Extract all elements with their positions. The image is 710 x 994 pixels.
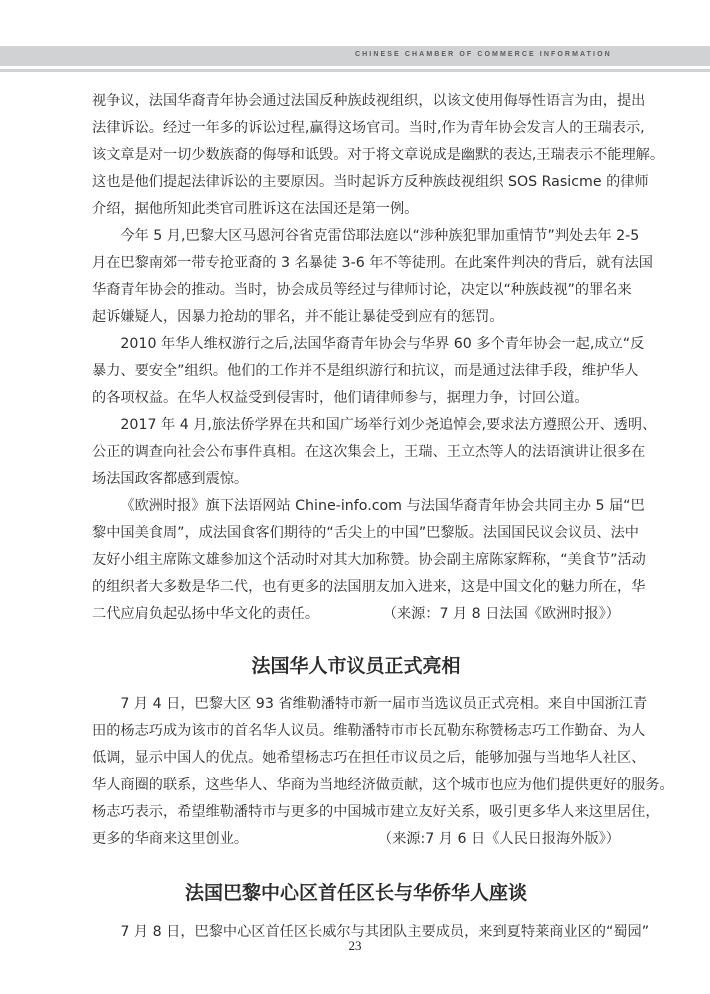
text-line: 华人商圈的联系，这些华人、华商为当地经济做贡献，这个城市也应为他们提供更好的服务… bbox=[92, 772, 620, 799]
text-line: 场法国政客都感到震惊。 bbox=[92, 466, 620, 493]
text-line: 黎中国美食周”，成法国食客们期待的“舌尖上的中国”巴黎版。法国国民议会议员、法中 bbox=[92, 520, 620, 547]
section-title-councillor: 法国华人市议员正式亮相 bbox=[92, 651, 620, 678]
header-rule bbox=[0, 69, 710, 72]
text-line: 更多的华商来这里创业。 bbox=[92, 826, 248, 853]
text-line: 介绍，据他所知此类官司胜诉这在法国还是第一例。 bbox=[92, 196, 620, 223]
text-line: 《欧洲时报》旗下法语网站 Chine-info.com 与法国华裔青年协会共同主… bbox=[92, 493, 620, 520]
paragraph-2010-march: 2010 年华人维权游行之后,法国华裔青年协会与华界 60 多个青年协会一起,成… bbox=[92, 331, 620, 412]
text-line-with-source: 更多的华商来这里创业。 （来源:7 月 6 日《人民日报海外版》） bbox=[92, 826, 620, 853]
text-line: 视争议，法国华裔青年协会通过法国反种族歧视组织，以该文使用侮辱性语言为由，提出 bbox=[92, 88, 620, 115]
text-line: 友好小组主席陈文雄参加这个活动时对其大加称赞。协会副主席陈家辉称，“美食节”活动 bbox=[92, 547, 620, 574]
section-title-paris-mayor: 法国巴黎中心区首任区长与华侨华人座谈 bbox=[92, 878, 620, 905]
text-line: 月在巴黎南郊一带专抢亚裔的 3 名暴徒 3-6 年不等徒刑。在此案件判决的背后，… bbox=[92, 250, 620, 277]
text-line: 的各项权益。在华人权益受到侵害时，他们请律师参与，据理力争，讨回公道。 bbox=[92, 385, 620, 412]
text-line: 2017 年 4 月,旅法侨学界在共和国广场举行刘少尧追悼会,要求法方遵照公开、… bbox=[92, 412, 620, 439]
running-header-title: CHINESE CHAMBER OF COMMERCE INFORMATION bbox=[355, 51, 612, 58]
text-line-with-source: 二代应肩负起弘扬中华文化的责任。 （来源：7 月 8 日法国《欧洲时报》） bbox=[92, 601, 620, 628]
text-line: 田的杨志巧成为该市的首名华人议员。维勒潘特市市长瓦勒东称赞杨志巧工作勤奋、为人 bbox=[92, 718, 620, 745]
text-line: 暴力、要安全”组织。他们的工作并不是组织游行和抗议，而是通过法律手段，维护华人 bbox=[92, 358, 620, 385]
paragraph-food-week: 《欧洲时报》旗下法语网站 Chine-info.com 与法国华裔青年协会共同主… bbox=[92, 493, 620, 628]
text-line: 公正的调查向社会公布事件真相。在这次集会上，王瑞、王立杰等人的法语演讲让很多在 bbox=[92, 439, 620, 466]
paragraph-councillor: 7 月 4 日，巴黎大区 93 省维勒潘特市新一届市当选议员正式亮相。来自中国浙… bbox=[92, 691, 620, 853]
source-citation: （来源:7 月 6 日《人民日报海外版》） bbox=[378, 826, 620, 853]
page-content: 视争议，法国华裔青年协会通过法国反种族歧视组织，以该文使用侮辱性语言为由，提出 … bbox=[92, 88, 620, 946]
text-line: 起诉嫌疑人，因暴力抢劫的罪名，并不能让暴徒受到应有的惩罚。 bbox=[92, 304, 620, 331]
text-line: 7 月 4 日，巴黎大区 93 省维勒潘特市新一届市当选议员正式亮相。来自中国浙… bbox=[92, 691, 620, 718]
text-line: 该文章是对一切少数族裔的侮辱和诋毁。对于将文章说成是幽默的表达,王瑞表示不能理解… bbox=[92, 142, 620, 169]
text-line: 杨志巧表示，希望维勒潘特市与更多的中国城市建立友好关系，吸引更多华人来这里居住， bbox=[92, 799, 620, 826]
text-line: 低调，显示中国人的优点。她希望杨志巧在担任市议员之后，能够加强与当地华人社区、 bbox=[92, 745, 620, 772]
text-line: 二代应肩负起弘扬中华文化的责任。 bbox=[92, 601, 319, 628]
text-line: 法律诉讼。经过一年多的诉讼过程,赢得这场官司。当时,作为青年协会发言人的王瑞表示… bbox=[92, 115, 620, 142]
text-line: 2010 年华人维权游行之后,法国华裔青年协会与华界 60 多个青年协会一起,成… bbox=[92, 331, 620, 358]
paragraph-2017-memorial: 2017 年 4 月,旅法侨学界在共和国广场举行刘少尧追悼会,要求法方遵照公开、… bbox=[92, 412, 620, 493]
source-citation: （来源：7 月 8 日法国《欧洲时报》） bbox=[383, 601, 620, 628]
text-line: 今年 5 月,巴黎大区马恩河谷省克雷岱耶法庭以“涉种族犯罪加重情节”判处去年 2… bbox=[92, 223, 620, 250]
text-line: 华裔青年协会的推动。当时，协会成员等经过与律师讨论，决定以“种族歧视”的罪名来 bbox=[92, 277, 620, 304]
paragraph-lawsuit-continued: 视争议，法国华裔青年协会通过法国反种族歧视组织，以该文使用侮辱性语言为由，提出 … bbox=[92, 88, 620, 223]
paragraph-may-verdict: 今年 5 月,巴黎大区马恩河谷省克雷岱耶法庭以“涉种族犯罪加重情节”判处去年 2… bbox=[92, 223, 620, 331]
text-line: 的组织者大多数是华二代，也有更多的法国朋友加入进来，这是中国文化的魅力所在，华 bbox=[92, 574, 620, 601]
text-line: 这也是他们提起法律诉讼的主要原因。当时起诉方反种族歧视组织 SOS Rasicm… bbox=[92, 169, 620, 196]
page-number: 23 bbox=[0, 938, 710, 954]
